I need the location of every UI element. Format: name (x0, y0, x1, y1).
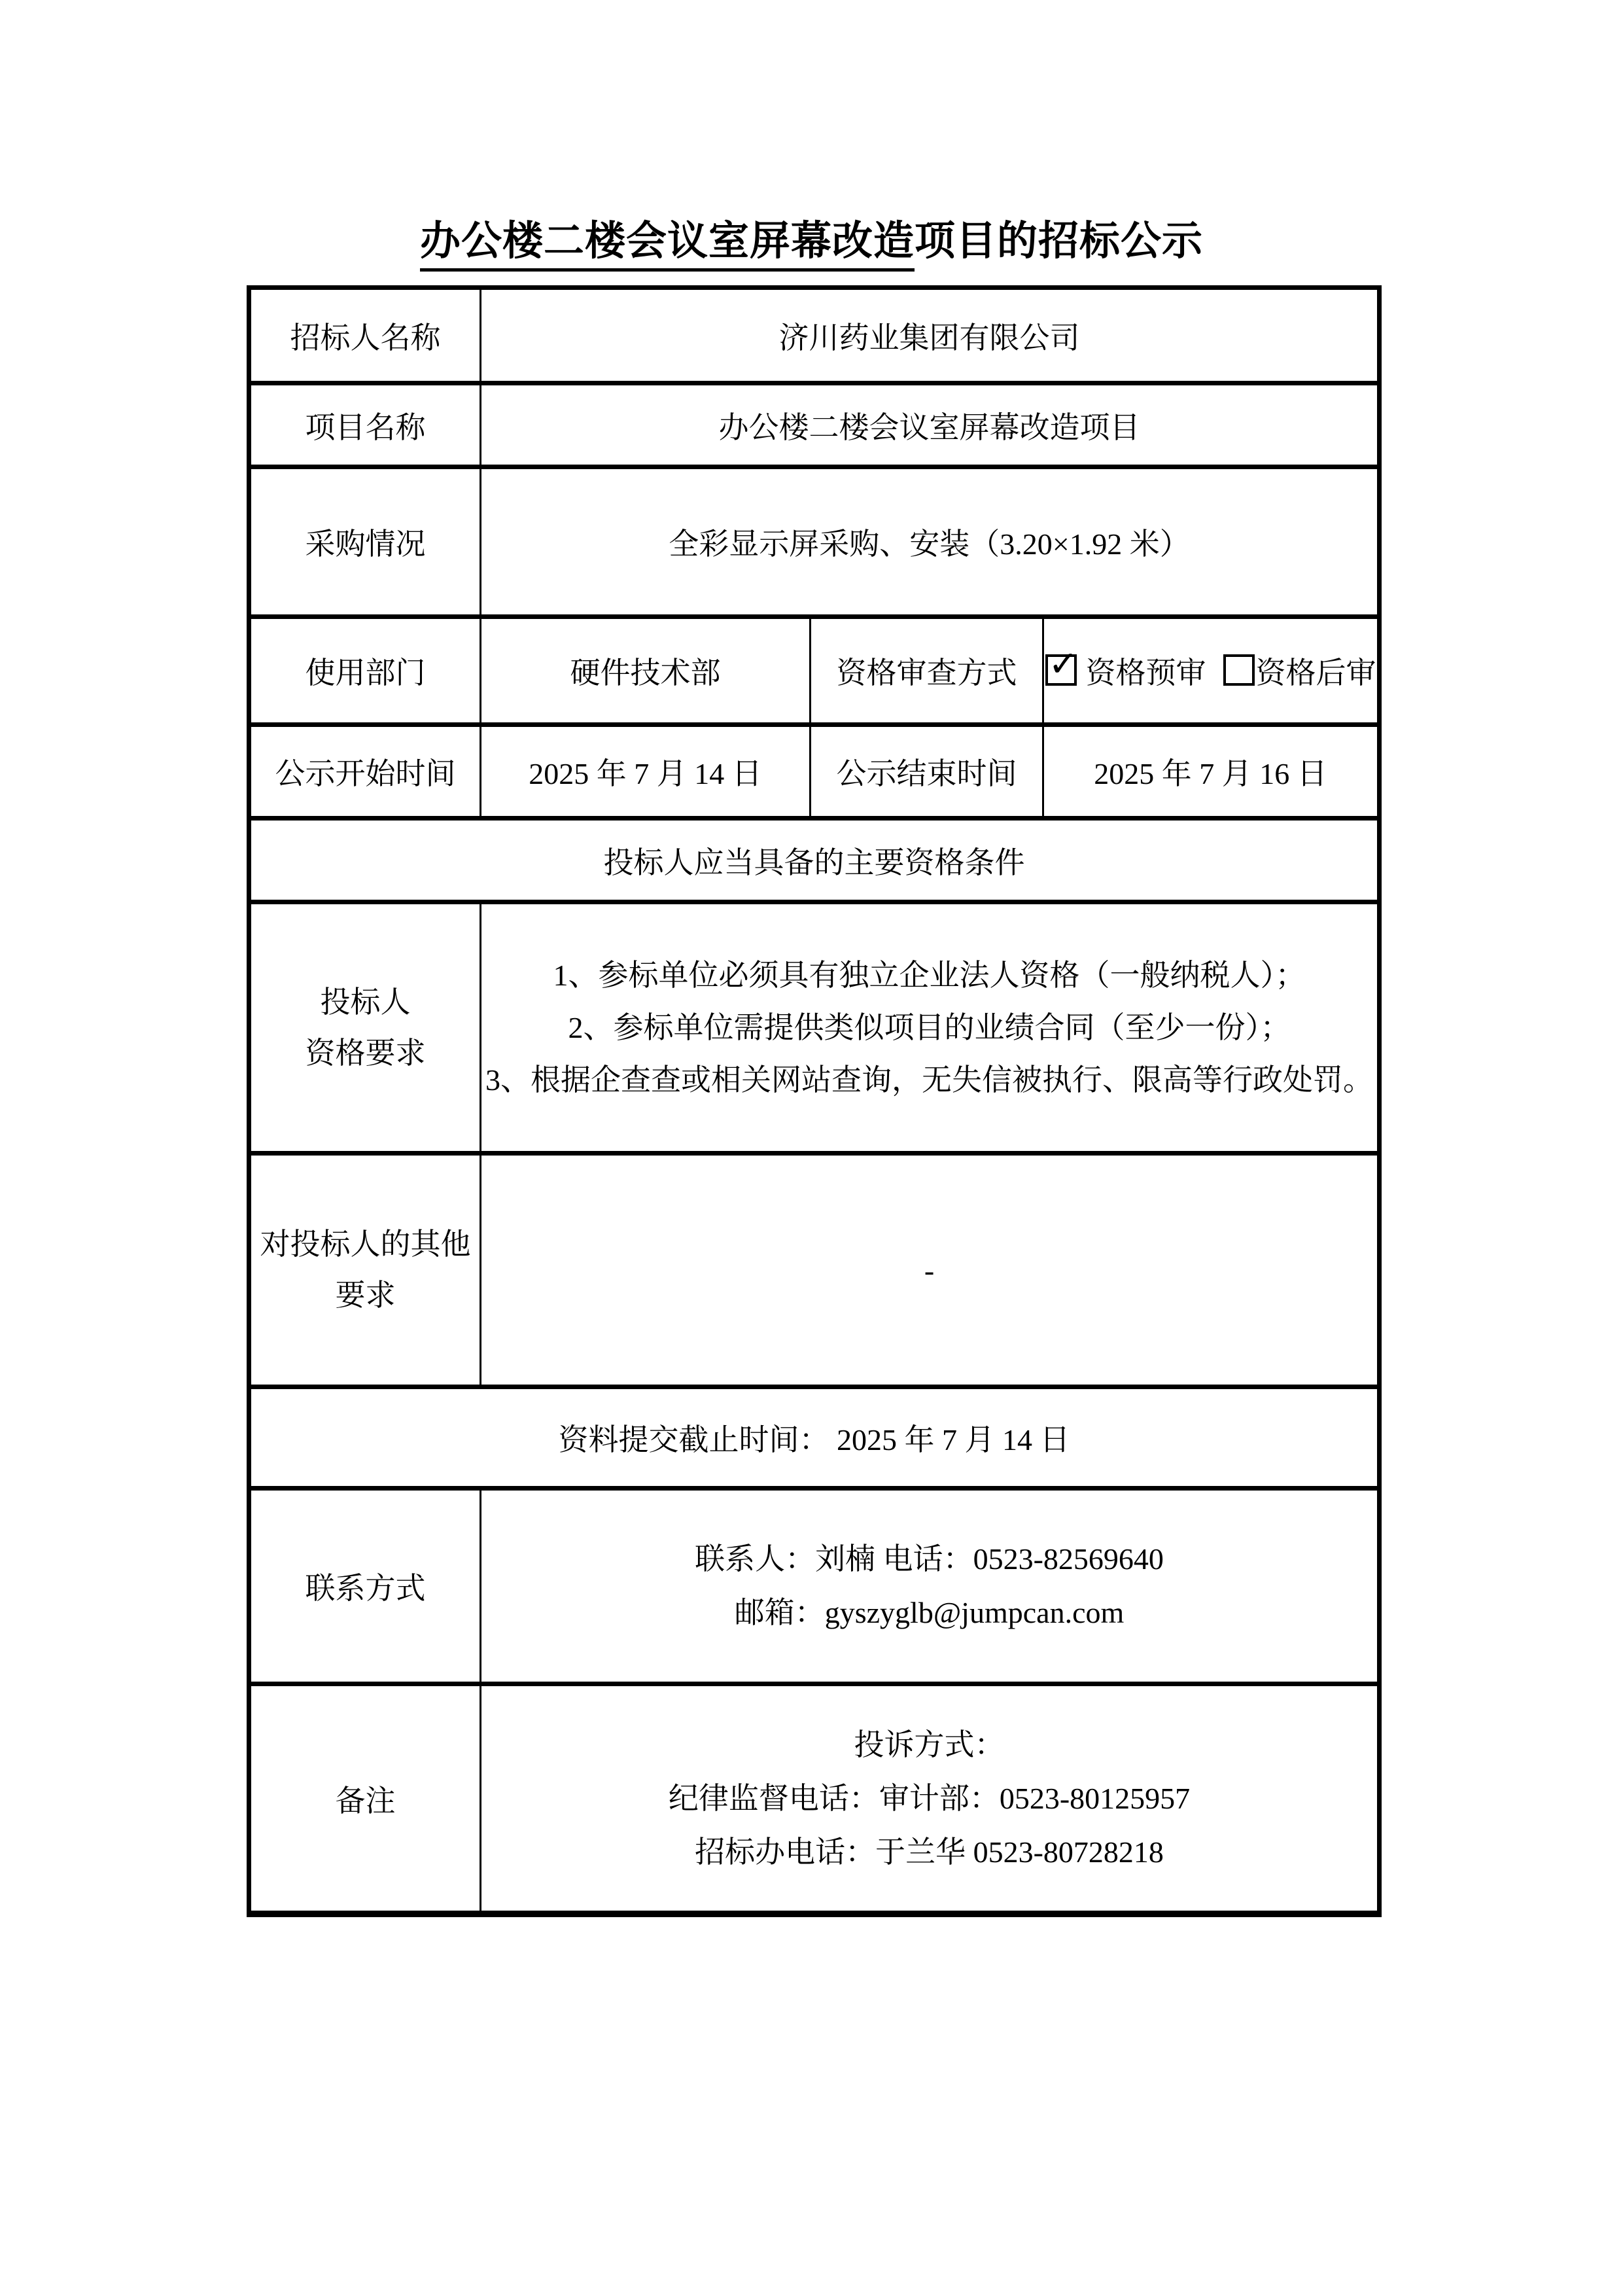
checkbox-checked-icon: ✓ (1045, 654, 1077, 686)
table-row-contact: 联系方式 联系人：刘楠 电话：0523-82569640 邮箱：gyszyglb… (249, 1489, 1380, 1684)
page-title: 办公楼二楼会议室屏幕改造项目的招标公示 (0, 0, 1623, 266)
remarks-complaint-method: 投诉方式： (481, 1718, 1377, 1772)
tenderer-name-label: 招标人名称 (249, 288, 481, 383)
qualification-pre-review-label: 资格预审 (1086, 656, 1206, 690)
qualification-post-review-label: 资格后审 (1256, 656, 1376, 690)
qualification-header: 投标人应当具备的主要资格条件 (249, 819, 1380, 902)
table-row-department-qualification: 使用部门 硬件技术部 资格审查方式 ✓资格预审资格后审 (249, 617, 1380, 725)
publicity-start-value: 2025 年 7 月 14 日 (481, 725, 811, 819)
table-row-deadline: 资料提交截止时间： 2025 年 7 月 14 日 (249, 1387, 1380, 1489)
qualification-item-2: 2、参标单位需提供类似项目的业绩合同（至少一份）； (481, 1002, 1377, 1054)
publicity-end-label: 公示结束时间 (811, 725, 1043, 819)
deadline-cell: 资料提交截止时间： 2025 年 7 月 14 日 (249, 1387, 1380, 1489)
project-name-value: 办公楼二楼会议室屏幕改造项目 (481, 383, 1380, 467)
qualification-item-1: 1、参标单位必须具有独立企业法人资格（一般纳税人）； (481, 949, 1377, 1002)
other-requirements-label-line2: 要求 (251, 1270, 480, 1321)
project-name-label: 项目名称 (249, 383, 481, 467)
contact-value: 联系人：刘楠 电话：0523-82569640 邮箱：gyszyglb@jump… (481, 1489, 1380, 1684)
remarks-label: 备注 (249, 1684, 481, 1914)
qualification-method-label: 资格审查方式 (811, 617, 1043, 725)
table-row-other-requirements: 对投标人的其他 要求 - (249, 1154, 1380, 1387)
table-row-tenderer: 招标人名称 济川药业集团有限公司 (249, 288, 1380, 383)
procurement-value: 全彩显示屏采购、安装（3.20×1.92 米） (481, 467, 1380, 617)
procurement-label: 采购情况 (249, 467, 481, 617)
bidder-qualification-label: 投标人 资格要求 (249, 902, 481, 1154)
bidder-qualification-label-line1: 投标人 (251, 977, 480, 1028)
tenderer-name-value: 济川药业集团有限公司 (481, 288, 1380, 383)
deadline-value: 2025 年 7 月 14 日 (837, 1423, 1070, 1457)
table-row-remarks: 备注 投诉方式： 纪律监督电话：审计部：0523-80125957 招标办电话：… (249, 1684, 1380, 1914)
document-page: 办公楼二楼会议室屏幕改造项目的招标公示 招标人名称 济川药业集团有限公司 项目名… (0, 0, 1623, 2296)
table-row-project: 项目名称 办公楼二楼会议室屏幕改造项目 (249, 383, 1380, 467)
department-label: 使用部门 (249, 617, 481, 725)
other-requirements-label: 对投标人的其他 要求 (249, 1154, 481, 1387)
deadline-label: 资料提交截止时间： (559, 1423, 829, 1457)
table-row-procurement: 采购情况 全彩显示屏采购、安装（3.20×1.92 米） (249, 467, 1380, 617)
page-title-rest: 项目的招标公示 (915, 219, 1203, 264)
announcement-table: 招标人名称 济川药业集团有限公司 项目名称 办公楼二楼会议室屏幕改造项目 采购情… (247, 285, 1382, 1917)
publicity-end-value: 2025 年 7 月 16 日 (1043, 725, 1380, 819)
remarks-tender-office-phone: 招标办电话：于兰华 0523-80728218 (481, 1826, 1377, 1879)
remarks-value: 投诉方式： 纪律监督电话：审计部：0523-80125957 招标办电话：于兰华… (481, 1684, 1380, 1914)
bidder-qualification-items: 1、参标单位必须具有独立企业法人资格（一般纳税人）； 2、参标单位需提供类似项目… (481, 902, 1380, 1154)
contact-label: 联系方式 (249, 1489, 481, 1684)
other-requirements-label-line1: 对投标人的其他 (251, 1219, 480, 1270)
table-row-qualification-header: 投标人应当具备的主要资格条件 (249, 819, 1380, 902)
qualification-item-3: 3、根据企查查或相关网站查询，无失信被执行、限高等行政处罚。 (481, 1054, 1377, 1106)
contact-person-phone: 联系人：刘楠 电话：0523-82569640 (481, 1532, 1377, 1586)
remarks-discipline-phone: 纪律监督电话：审计部：0523-80125957 (481, 1772, 1377, 1826)
other-requirements-value: - (481, 1154, 1380, 1387)
publicity-start-label: 公示开始时间 (249, 725, 481, 819)
table-row-publicity-dates: 公示开始时间 2025 年 7 月 14 日 公示结束时间 2025 年 7 月… (249, 725, 1380, 819)
contact-email: 邮箱：gyszyglb@jumpcan.com (481, 1586, 1377, 1640)
bidder-qualification-label-line2: 资格要求 (251, 1028, 480, 1079)
checkbox-unchecked-icon (1223, 654, 1255, 686)
table-row-bidder-qualification: 投标人 资格要求 1、参标单位必须具有独立企业法人资格（一般纳税人）； 2、参标… (249, 902, 1380, 1154)
check-icon: ✓ (1049, 646, 1078, 682)
qualification-method-value: ✓资格预审资格后审 (1043, 617, 1380, 725)
page-title-underlined: 办公楼二楼会议室屏幕改造 (420, 219, 915, 272)
department-value: 硬件技术部 (481, 617, 811, 725)
